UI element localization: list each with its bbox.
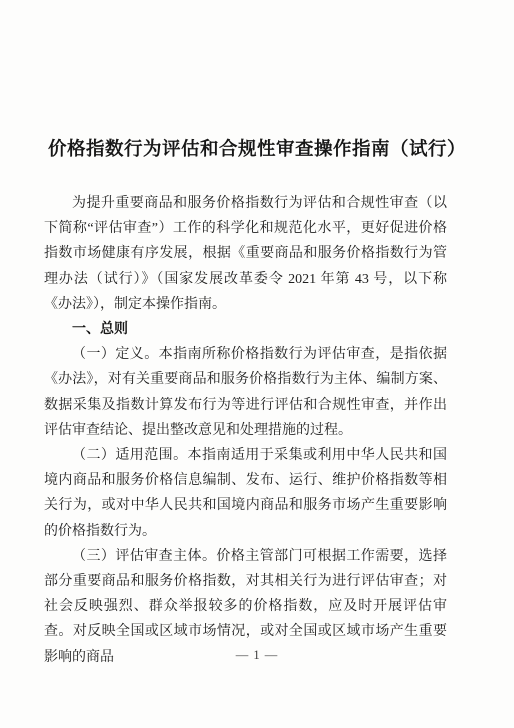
document-title: 价格指数行为评估和合规性审查操作指南（试行） — [0, 135, 514, 161]
section-heading-general-provisions: 一、总则 — [44, 317, 447, 342]
paragraph-intro: 为提升重要商品和服务价格指数行为评估和合规性审查（以下简称“评估审查”）工作的科… — [44, 191, 447, 317]
document-page: 价格指数行为评估和合规性审查操作指南（试行） 为提升重要商品和服务价格指数行为评… — [0, 0, 514, 728]
paragraph-definition: （一）定义。本指南所称价格指数行为评估审查，是指依据《办法》，对有关重要商品和服… — [44, 342, 447, 443]
paragraph-scope: （二）适用范围。本指南适用于采集或利用中华人民共和国境内商品和服务价格信息编制、… — [44, 443, 447, 544]
page-number: — 1 — — [0, 648, 514, 663]
document-body: 为提升重要商品和服务价格指数行为评估和合规性审查（以下简称“评估审查”）工作的科… — [44, 191, 447, 670]
